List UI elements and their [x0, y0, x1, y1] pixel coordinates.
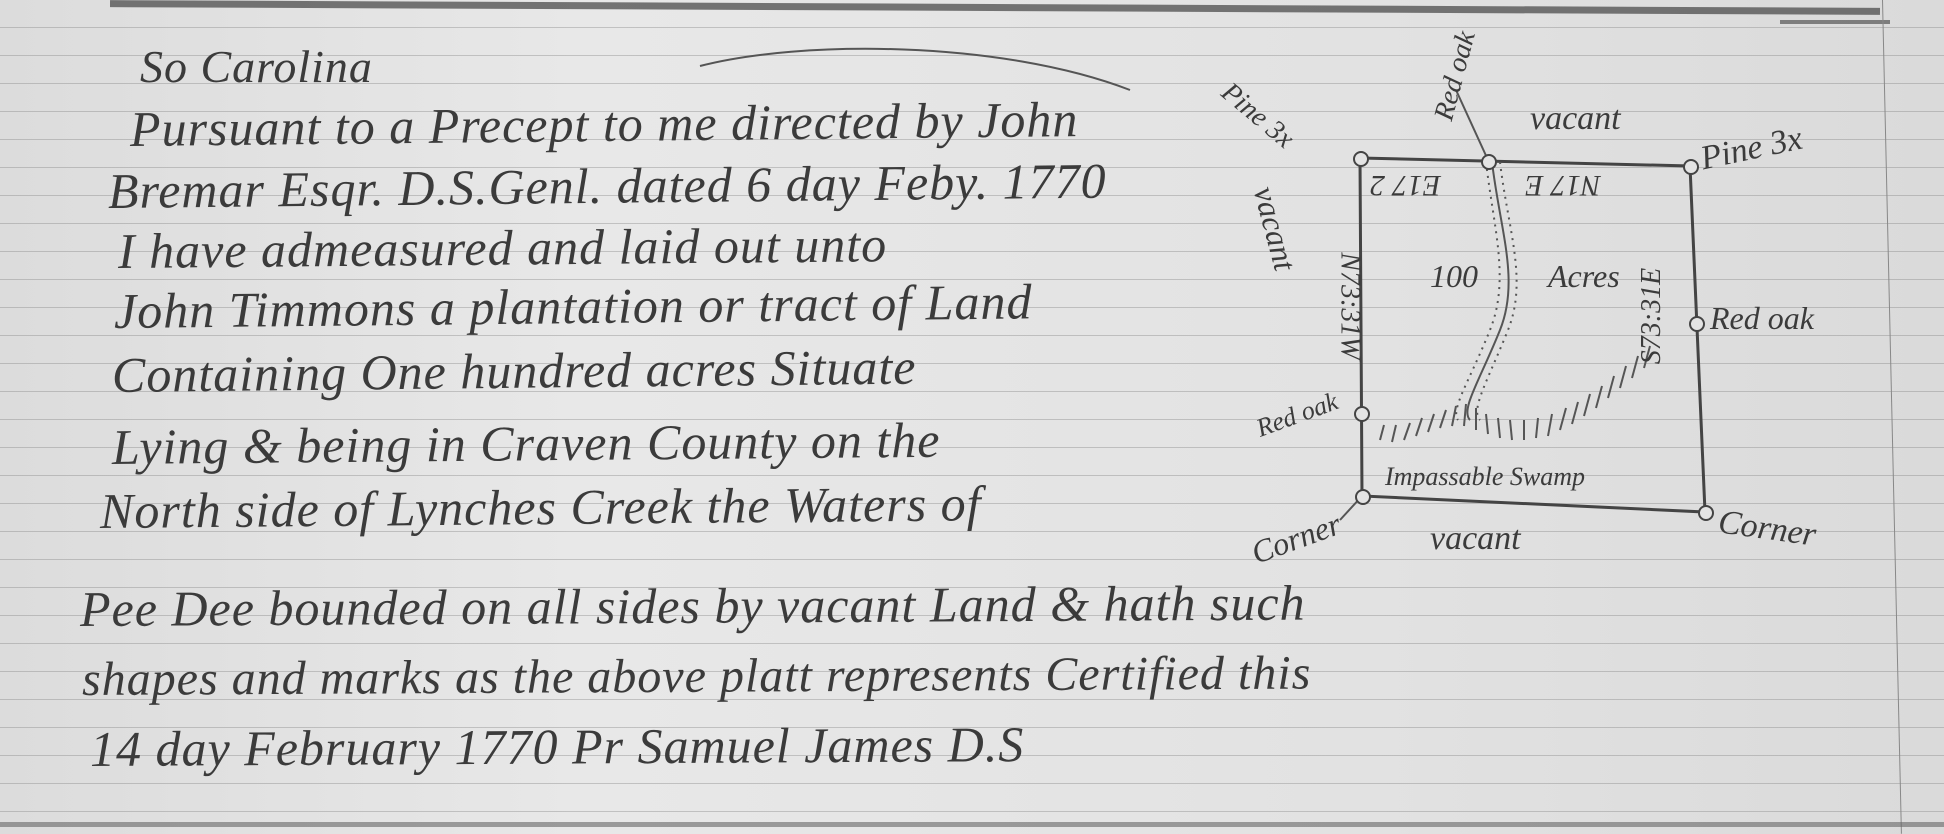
- bearing-left: N73:31W: [1334, 252, 1366, 359]
- corner-marker-right-middle: [1689, 316, 1705, 332]
- plat-drawing: 100 Acres Impassable Swamp E17 2 N17 E N…: [0, 0, 1944, 834]
- bearing-top-right: N17 E: [1525, 168, 1601, 202]
- document-page: So Carolina Pursuant to a Precept to me …: [0, 0, 1944, 834]
- adjoining-north: vacant: [1530, 100, 1621, 138]
- corner-marker-top-left: [1353, 151, 1369, 167]
- bearing-right: S73:31E: [1636, 268, 1668, 364]
- plat-swamp-label: Impassable Swamp: [1385, 462, 1585, 492]
- corner-marker-top-middle: [1481, 154, 1497, 170]
- corner-marker-left-middle: [1354, 406, 1370, 422]
- bearing-top-left: E17 2: [1370, 168, 1441, 202]
- adjoining-south: vacant: [1430, 520, 1521, 558]
- marker-right-middle: Red oak: [1710, 300, 1814, 337]
- corner-marker-bottom-right: [1698, 505, 1714, 521]
- corner-marker-top-right: [1683, 159, 1699, 175]
- plat-area-unit: Acres: [1548, 258, 1620, 295]
- plat-area-label: 100: [1430, 258, 1478, 295]
- plat-lines: [0, 0, 1944, 834]
- corner-marker-bottom-left: [1355, 489, 1371, 505]
